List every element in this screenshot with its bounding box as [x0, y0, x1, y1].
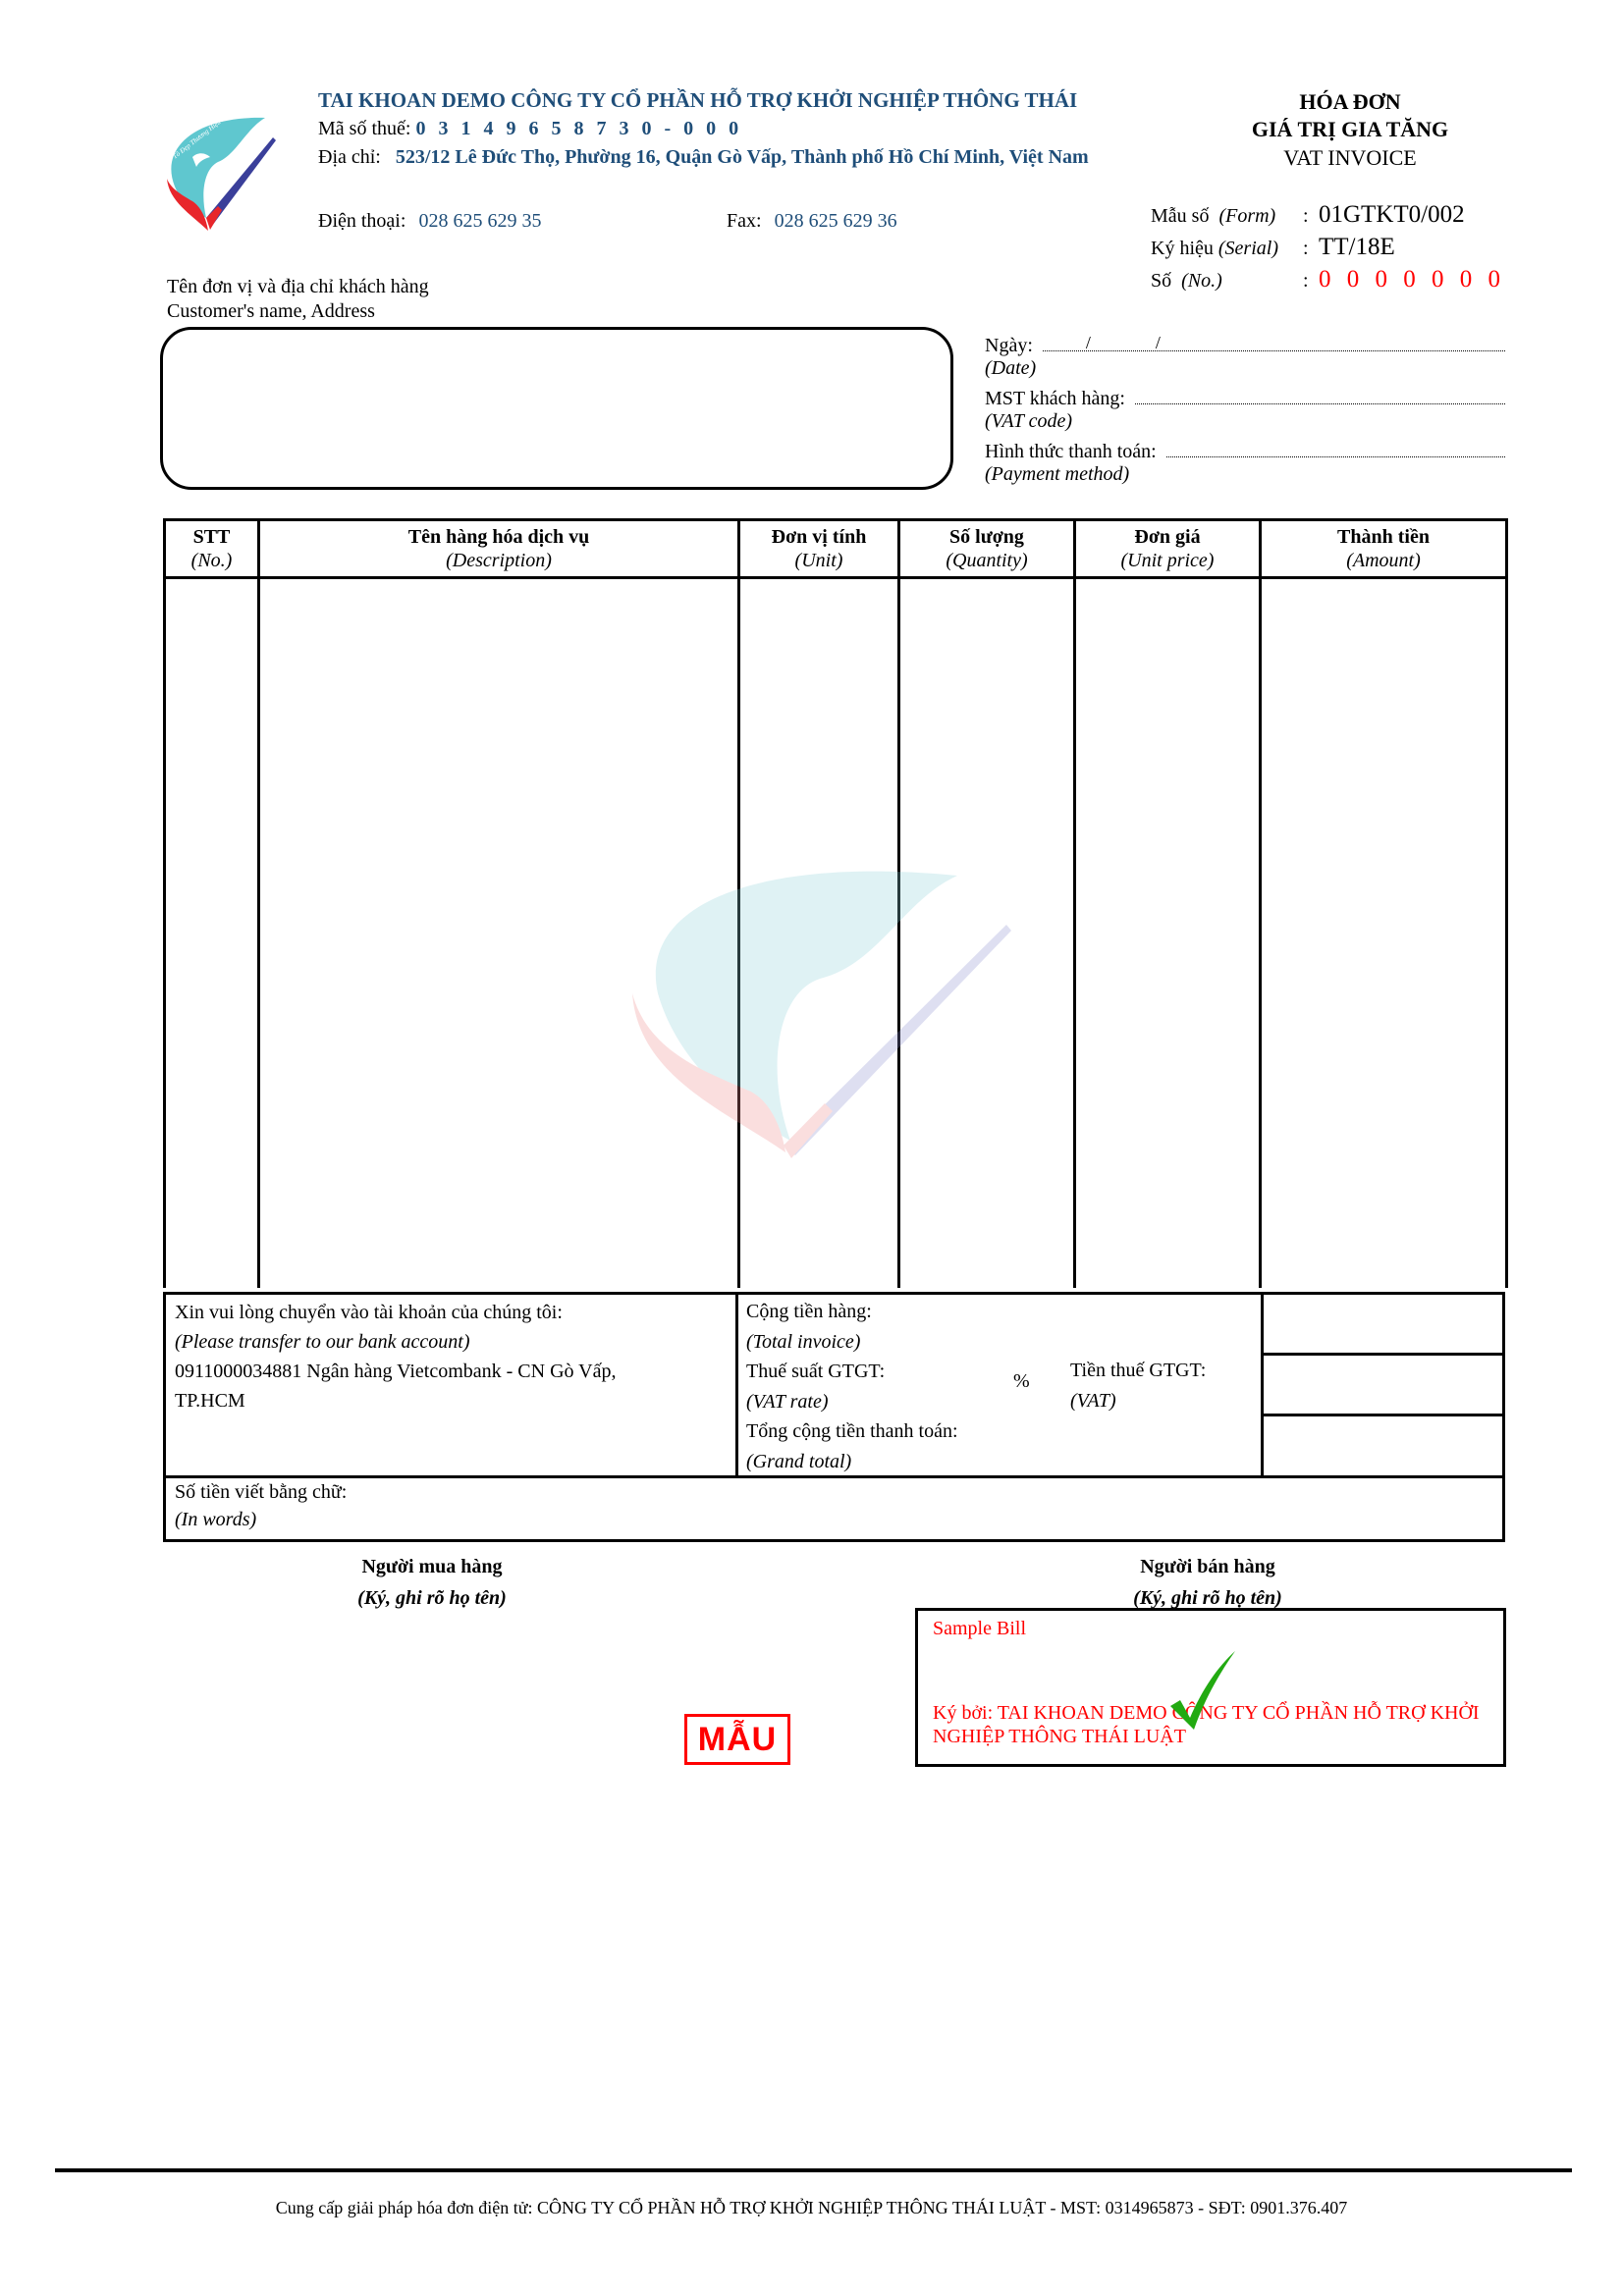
vat-code-label-en: (VAT code) — [985, 410, 1505, 437]
meta-number-label-en: (No.) — [1181, 270, 1222, 292]
sample-stamp: MẪU — [684, 1714, 790, 1765]
invoice-title-line3: VAT INVOICE — [1208, 143, 1492, 173]
customer-label: Tên đơn vị và địa chỉ khách hàng Custome… — [167, 275, 429, 324]
meta-number-label: Số — [1151, 270, 1171, 292]
buyer-signature: Người mua hàng (Ký, ghi rõ họ tên) — [295, 1551, 569, 1614]
seller-signature: Người bán hàng (Ký, ghi rõ họ tên) — [1070, 1551, 1345, 1614]
footer-divider — [55, 2168, 1572, 2172]
meta-form: Mẫu số (Form) : 01GTKT0/002 — [1151, 201, 1505, 234]
customer-label-en: Customer's name, Address — [167, 299, 429, 324]
totals-amounts — [1261, 1295, 1502, 1475]
seller-phone: Điện thoại: 028 625 629 35 — [318, 210, 541, 233]
bank-city: TP.HCM — [175, 1386, 727, 1415]
customer-label-vi: Tên đơn vị và địa chỉ khách hàng — [167, 275, 429, 299]
address-value: 523/12 Lê Đức Thọ, Phường 16, Quận Gò Vấ… — [396, 146, 1089, 168]
brand-logo-icon: Tô Đẹp Thương Hiệu Bạn — [157, 108, 285, 236]
date-input[interactable]: / / — [1043, 337, 1505, 351]
items-header-row: STT(No.) Tên hàng hóa dịch vụ(Descriptio… — [165, 520, 1507, 578]
sample-bill-text: Sample Bill — [933, 1617, 1488, 1640]
phone-value: 028 625 629 35 — [418, 210, 541, 232]
invoice-title: HÓA ĐƠN GIÁ TRỊ GIA TĂNG VAT INVOICE — [1208, 88, 1492, 173]
col-header-description: Tên hàng hóa dịch vụ(Description) — [259, 520, 739, 578]
seller-company-name: TAI KHOAN DEMO CÔNG TY CỔ PHẦN HỖ TRỢ KH… — [318, 88, 1077, 113]
buyer-title: Người mua hàng — [295, 1551, 569, 1582]
grand-total-label: Tổng cộng tiền thanh toán: — [746, 1416, 1256, 1447]
meta-form-label-en: (Form) — [1218, 205, 1275, 227]
tax-code-label: Mã số thuế: — [318, 118, 410, 139]
vat-amount-label-vi: Tiền thuế GTGT: — [1070, 1356, 1206, 1386]
meta-number: Số (No.) : 0 0 0 0 0 0 0 — [1151, 266, 1505, 298]
col-header-amount: Thành tiền(Amount) — [1261, 520, 1507, 578]
meta-serial: Ký hiệu (Serial) : TT/18E — [1151, 234, 1505, 266]
invoice-side-fields: Ngày: / / (Date) MST khách hàng: (VAT co… — [985, 331, 1505, 490]
vat-amount-value — [1264, 1356, 1502, 1416]
vat-code-label: MST khách hàng: — [985, 388, 1135, 410]
cell-description — [259, 578, 739, 1289]
total-invoice-value — [1264, 1295, 1502, 1356]
payment-method-input[interactable] — [1166, 443, 1505, 457]
cell-amount — [1261, 578, 1507, 1289]
summary-section: Xin vui lòng chuyển vào tài khoản của ch… — [163, 1292, 1505, 1478]
meta-serial-label-en: (Serial) — [1218, 238, 1278, 259]
in-words-label-en: (In words) — [175, 1506, 1493, 1533]
footer-provider-text: Cung cấp giải pháp hóa đơn điện tử: CÔNG… — [0, 2198, 1623, 2218]
col-header-no: STT(No.) — [165, 520, 259, 578]
vat-code-input[interactable] — [1135, 390, 1505, 404]
meta-form-value: 01GTKT0/002 — [1319, 201, 1465, 229]
address-label: Địa chỉ: — [318, 146, 381, 168]
meta-serial-value: TT/18E — [1319, 234, 1395, 261]
in-words-label: Số tiền viết bằng chữ: — [175, 1478, 1493, 1506]
fax-label: Fax: — [727, 210, 762, 232]
vat-rate-percent: % — [1013, 1370, 1030, 1393]
date-separator: / — [1086, 333, 1091, 353]
cell-quantity — [899, 578, 1075, 1289]
seller-title: Người bán hàng — [1070, 1551, 1345, 1582]
invoice-meta: Mẫu số (Form) : 01GTKT0/002 Ký hiệu (Ser… — [1151, 201, 1505, 298]
seller-fax: Fax: 028 625 629 36 — [727, 210, 897, 233]
vat-amount-label: Tiền thuế GTGT: (VAT) — [1070, 1356, 1206, 1415]
date-separator: / — [1156, 333, 1161, 353]
payment-method-label: Hình thức thanh toán: — [985, 441, 1166, 463]
col-header-unit-price: Đơn giá(Unit price) — [1075, 520, 1261, 578]
items-table: STT(No.) Tên hàng hóa dịch vụ(Descriptio… — [163, 518, 1508, 1288]
bank-account: 0911000034881 Ngân hàng Vietcombank - CN… — [175, 1357, 727, 1386]
seller-address: Địa chỉ: 523/12 Lê Đức Thọ, Phường 16, Q… — [318, 146, 1089, 169]
meta-serial-label: Ký hiệu — [1151, 238, 1214, 259]
grand-total-label-en: (Grand total) — [746, 1447, 1256, 1477]
phone-label: Điện thoại: — [318, 210, 406, 232]
bank-info-line1: Xin vui lòng chuyển vào tài khoản của ch… — [175, 1298, 727, 1327]
grand-total-value — [1264, 1416, 1502, 1477]
invoice-title-line2: GIÁ TRỊ GIA TĂNG — [1208, 116, 1492, 143]
amount-in-words: Số tiền viết bằng chữ: (In words) — [163, 1475, 1505, 1542]
green-checkmark-icon — [1168, 1649, 1237, 1733]
bank-info: Xin vui lòng chuyển vào tài khoản của ch… — [166, 1295, 738, 1475]
buyer-note: (Ký, ghi rõ họ tên) — [295, 1582, 569, 1614]
cell-unit — [739, 578, 899, 1289]
vat-amount-label-en: (VAT) — [1070, 1386, 1206, 1416]
payment-method-label-en: (Payment method) — [985, 463, 1505, 490]
payment-method-field[interactable]: Hình thức thanh toán: — [985, 437, 1505, 463]
cell-no — [165, 578, 259, 1289]
tax-code-value: 0 3 1 4 9 6 5 8 7 3 0 - 0 0 0 — [415, 118, 742, 139]
bank-info-line2: (Please transfer to our bank account) — [175, 1327, 727, 1357]
cell-unit-price — [1075, 578, 1261, 1289]
col-header-unit: Đơn vị tính(Unit) — [739, 520, 899, 578]
table-row — [165, 578, 1507, 1289]
total-invoice-label: Cộng tiền hàng: — [746, 1297, 1256, 1327]
date-label: Ngày: — [985, 335, 1043, 357]
col-header-quantity: Số lượng(Quantity) — [899, 520, 1075, 578]
meta-form-label: Mẫu số — [1151, 205, 1209, 227]
customer-box[interactable] — [160, 327, 953, 490]
seller-tax-code: Mã số thuế: 0 3 1 4 9 6 5 8 7 3 0 - 0 0 … — [318, 118, 742, 140]
total-invoice-label-en: (Total invoice) — [746, 1327, 1256, 1358]
invoice-title-line1: HÓA ĐƠN — [1208, 88, 1492, 116]
date-label-en: (Date) — [985, 357, 1505, 384]
vat-code-field[interactable]: MST khách hàng: — [985, 384, 1505, 410]
fax-value: 028 625 629 36 — [775, 210, 897, 232]
date-field[interactable]: Ngày: / / — [985, 331, 1505, 357]
invoice-number-value: 0 0 0 0 0 0 0 — [1319, 266, 1505, 294]
